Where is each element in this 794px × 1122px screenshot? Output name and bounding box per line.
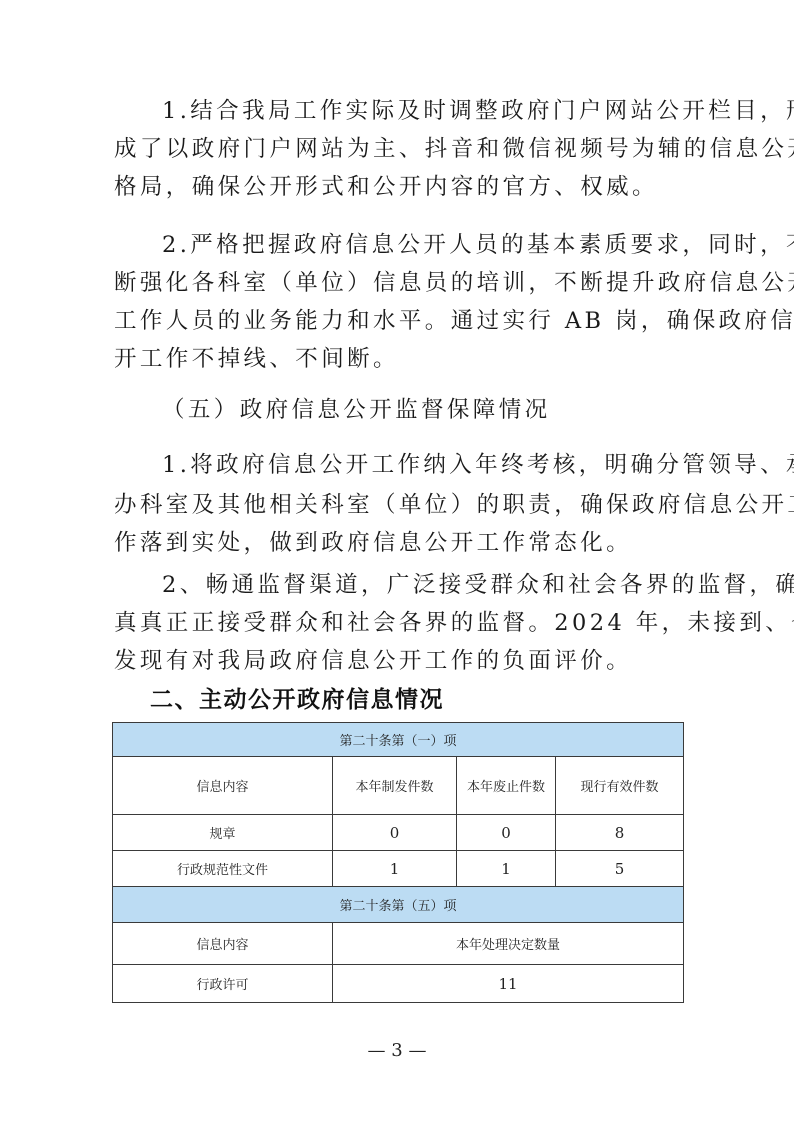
paragraph-line: 2、畅通监督渠道，广泛接受群众和社会各界的监督，确保 [162, 570, 682, 600]
valid-count: 5 [556, 851, 684, 887]
table-band-article-20-item-1: 第二十条第（一）项 [113, 723, 684, 757]
paragraph-line: 断强化各科室（单位）信息员的培训，不断提升政府信息公开 [114, 268, 682, 298]
table-row: 规章 0 0 8 [113, 815, 684, 851]
subheading: （五）政府信息公开监督保障情况 [162, 395, 682, 425]
paragraph-line: 格局，确保公开形式和公开内容的官方、权威。 [114, 172, 682, 202]
row-label: 行政许可 [113, 965, 333, 1003]
abolished-count: 1 [457, 851, 556, 887]
page-number: — 3 — [0, 1040, 794, 1061]
paragraph-line: 真真正正接受群众和社会各界的监督。2024 年，未接到、也未 [114, 608, 682, 638]
paragraph-line: 作落到实处，做到政府信息公开工作常态化。 [114, 528, 682, 558]
paragraph-line: 工作人员的业务能力和水平。通过实行 AB 岗，确保政府信息公 [114, 306, 682, 336]
column-header-valid: 现行有效件数 [556, 757, 684, 815]
row-label: 行政规范性文件 [113, 851, 333, 887]
paragraph-line: 1.将政府信息公开工作纳入年终考核，明确分管领导、承 [162, 450, 682, 480]
disclosure-table: 第二十条第（一）项 信息内容 本年制发件数 本年废止件数 现行有效件数 规章 0… [112, 722, 684, 1003]
column-header-decision-count: 本年处理决定数量 [333, 923, 684, 965]
paragraph-line: 办科室及其他相关科室（单位）的职责，确保政府信息公开工 [114, 490, 682, 520]
column-header-content: 信息内容 [113, 923, 333, 965]
paragraph-line: 开工作不掉线、不间断。 [114, 344, 682, 374]
table-row: 行政规范性文件 1 1 5 [113, 851, 684, 887]
table-band-article-20-item-5: 第二十条第（五）项 [113, 887, 684, 923]
abolished-count: 0 [457, 815, 556, 851]
valid-count: 8 [556, 815, 684, 851]
document-page: 1.结合我局工作实际及时调整政府门户网站公开栏目，形 成了以政府门户网站为主、抖… [0, 0, 794, 1122]
paragraph-line: 成了以政府门户网站为主、抖音和微信视频号为辅的信息公开 [114, 134, 682, 164]
section-heading: 二、主动公开政府信息情况 [150, 684, 444, 716]
row-label: 规章 [113, 815, 333, 851]
paragraph-line: 发现有对我局政府信息公开工作的负面评价。 [114, 646, 682, 676]
column-header-abolished: 本年废止件数 [457, 757, 556, 815]
column-header-issued: 本年制发件数 [333, 757, 457, 815]
column-header-content: 信息内容 [113, 757, 333, 815]
table-row: 行政许可 11 [113, 965, 684, 1003]
issued-count: 0 [333, 815, 457, 851]
decision-count: 11 [333, 965, 684, 1003]
paragraph-line: 2.严格把握政府信息公开人员的基本素质要求，同时，不 [162, 230, 682, 260]
paragraph-line: 1.结合我局工作实际及时调整政府门户网站公开栏目，形 [162, 96, 682, 126]
issued-count: 1 [333, 851, 457, 887]
